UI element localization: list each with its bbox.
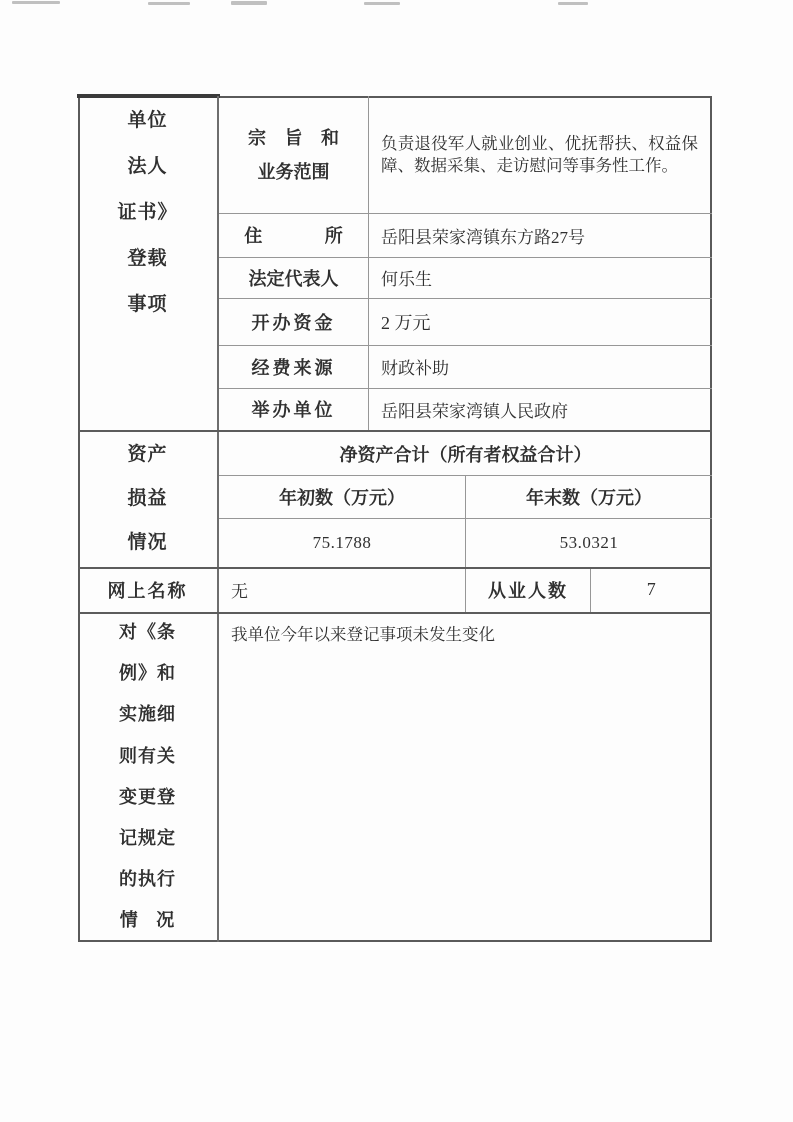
funding-source-value: 财政补助: [369, 345, 712, 388]
funding-source-label: 经费来源: [219, 345, 368, 388]
header-line: 证书》: [78, 190, 217, 236]
legal-representative-label: 法定代表人: [219, 257, 368, 298]
header-line: 的执行: [78, 859, 217, 900]
annual-report-table: 单位 法人 证书》 登载 事项 宗 旨 和 业务范围 负责退役军人就业创业、优抚…: [78, 96, 712, 942]
sponsor-unit-label: 举办单位: [219, 388, 368, 430]
online-name-value: 无: [219, 567, 465, 612]
header-line: 资产: [78, 433, 217, 477]
certificate-items-header: 单位 法人 证书》 登载 事项: [78, 96, 217, 430]
header-line: 变更登: [78, 777, 217, 818]
year-begin-value: 75.1788: [219, 518, 465, 567]
scan-artifact: [231, 1, 267, 5]
scan-artifact: [364, 2, 400, 5]
staff-count-value: 7: [591, 567, 712, 612]
header-line: 记规定: [78, 818, 217, 859]
staff-count-label: 从业人数: [466, 567, 590, 612]
online-name-label: 网上名称: [78, 567, 217, 612]
header-line: 则有关: [78, 736, 217, 777]
year-end-value: 53.0321: [466, 518, 712, 567]
startup-capital-value: 2 万元: [369, 298, 712, 345]
startup-capital-label: 开办资金: [219, 298, 368, 345]
header-line: 情 况: [78, 900, 217, 941]
net-assets-total-label: 净资产合计（所有者权益合计）: [219, 432, 712, 475]
address-value: 岳阳县荣家湾镇东方路27号: [369, 213, 712, 257]
scanned-document-page: 单位 法人 证书》 登载 事项 宗 旨 和 业务范围 负责退役军人就业创业、优抚…: [0, 0, 793, 1122]
year-begin-label: 年初数（万元）: [219, 475, 465, 518]
scan-artifact: [12, 1, 60, 4]
purpose-scope-label: 宗 旨 和 业务范围: [219, 96, 368, 213]
purpose-label-line2: 业务范围: [258, 155, 330, 189]
compliance-statement-value: 我单位今年以来登记事项未发生变化: [219, 612, 712, 942]
header-line: 登载: [78, 236, 217, 282]
compliance-section-header: 对《条 例》和 实施细 则有关 变更登 记规定 的执行 情 况: [78, 612, 217, 942]
assets-section-header: 资产 损益 情况: [78, 430, 217, 567]
scan-artifact: [558, 2, 588, 5]
header-line: 法人: [78, 144, 217, 190]
header-line: 实施细: [78, 694, 217, 735]
header-line: 例》和: [78, 653, 217, 694]
header-line: 损益: [78, 477, 217, 521]
scan-artifact: [148, 2, 190, 5]
legal-representative-value: 何乐生: [369, 257, 712, 298]
address-label: 住 所: [219, 213, 368, 257]
header-line: 单位: [78, 98, 217, 144]
header-line: 情况: [78, 521, 217, 565]
purpose-label-line1: 宗 旨 和: [248, 121, 339, 155]
year-end-label: 年末数（万元）: [466, 475, 712, 518]
purpose-scope-value: 负责退役军人就业创业、优抚帮扶、权益保障、数据采集、走访慰问等事务性工作。: [369, 96, 712, 213]
header-line: 事项: [78, 282, 217, 328]
sponsor-unit-value: 岳阳县荣家湾镇人民政府: [369, 388, 712, 430]
header-line: 对《条: [78, 612, 217, 653]
